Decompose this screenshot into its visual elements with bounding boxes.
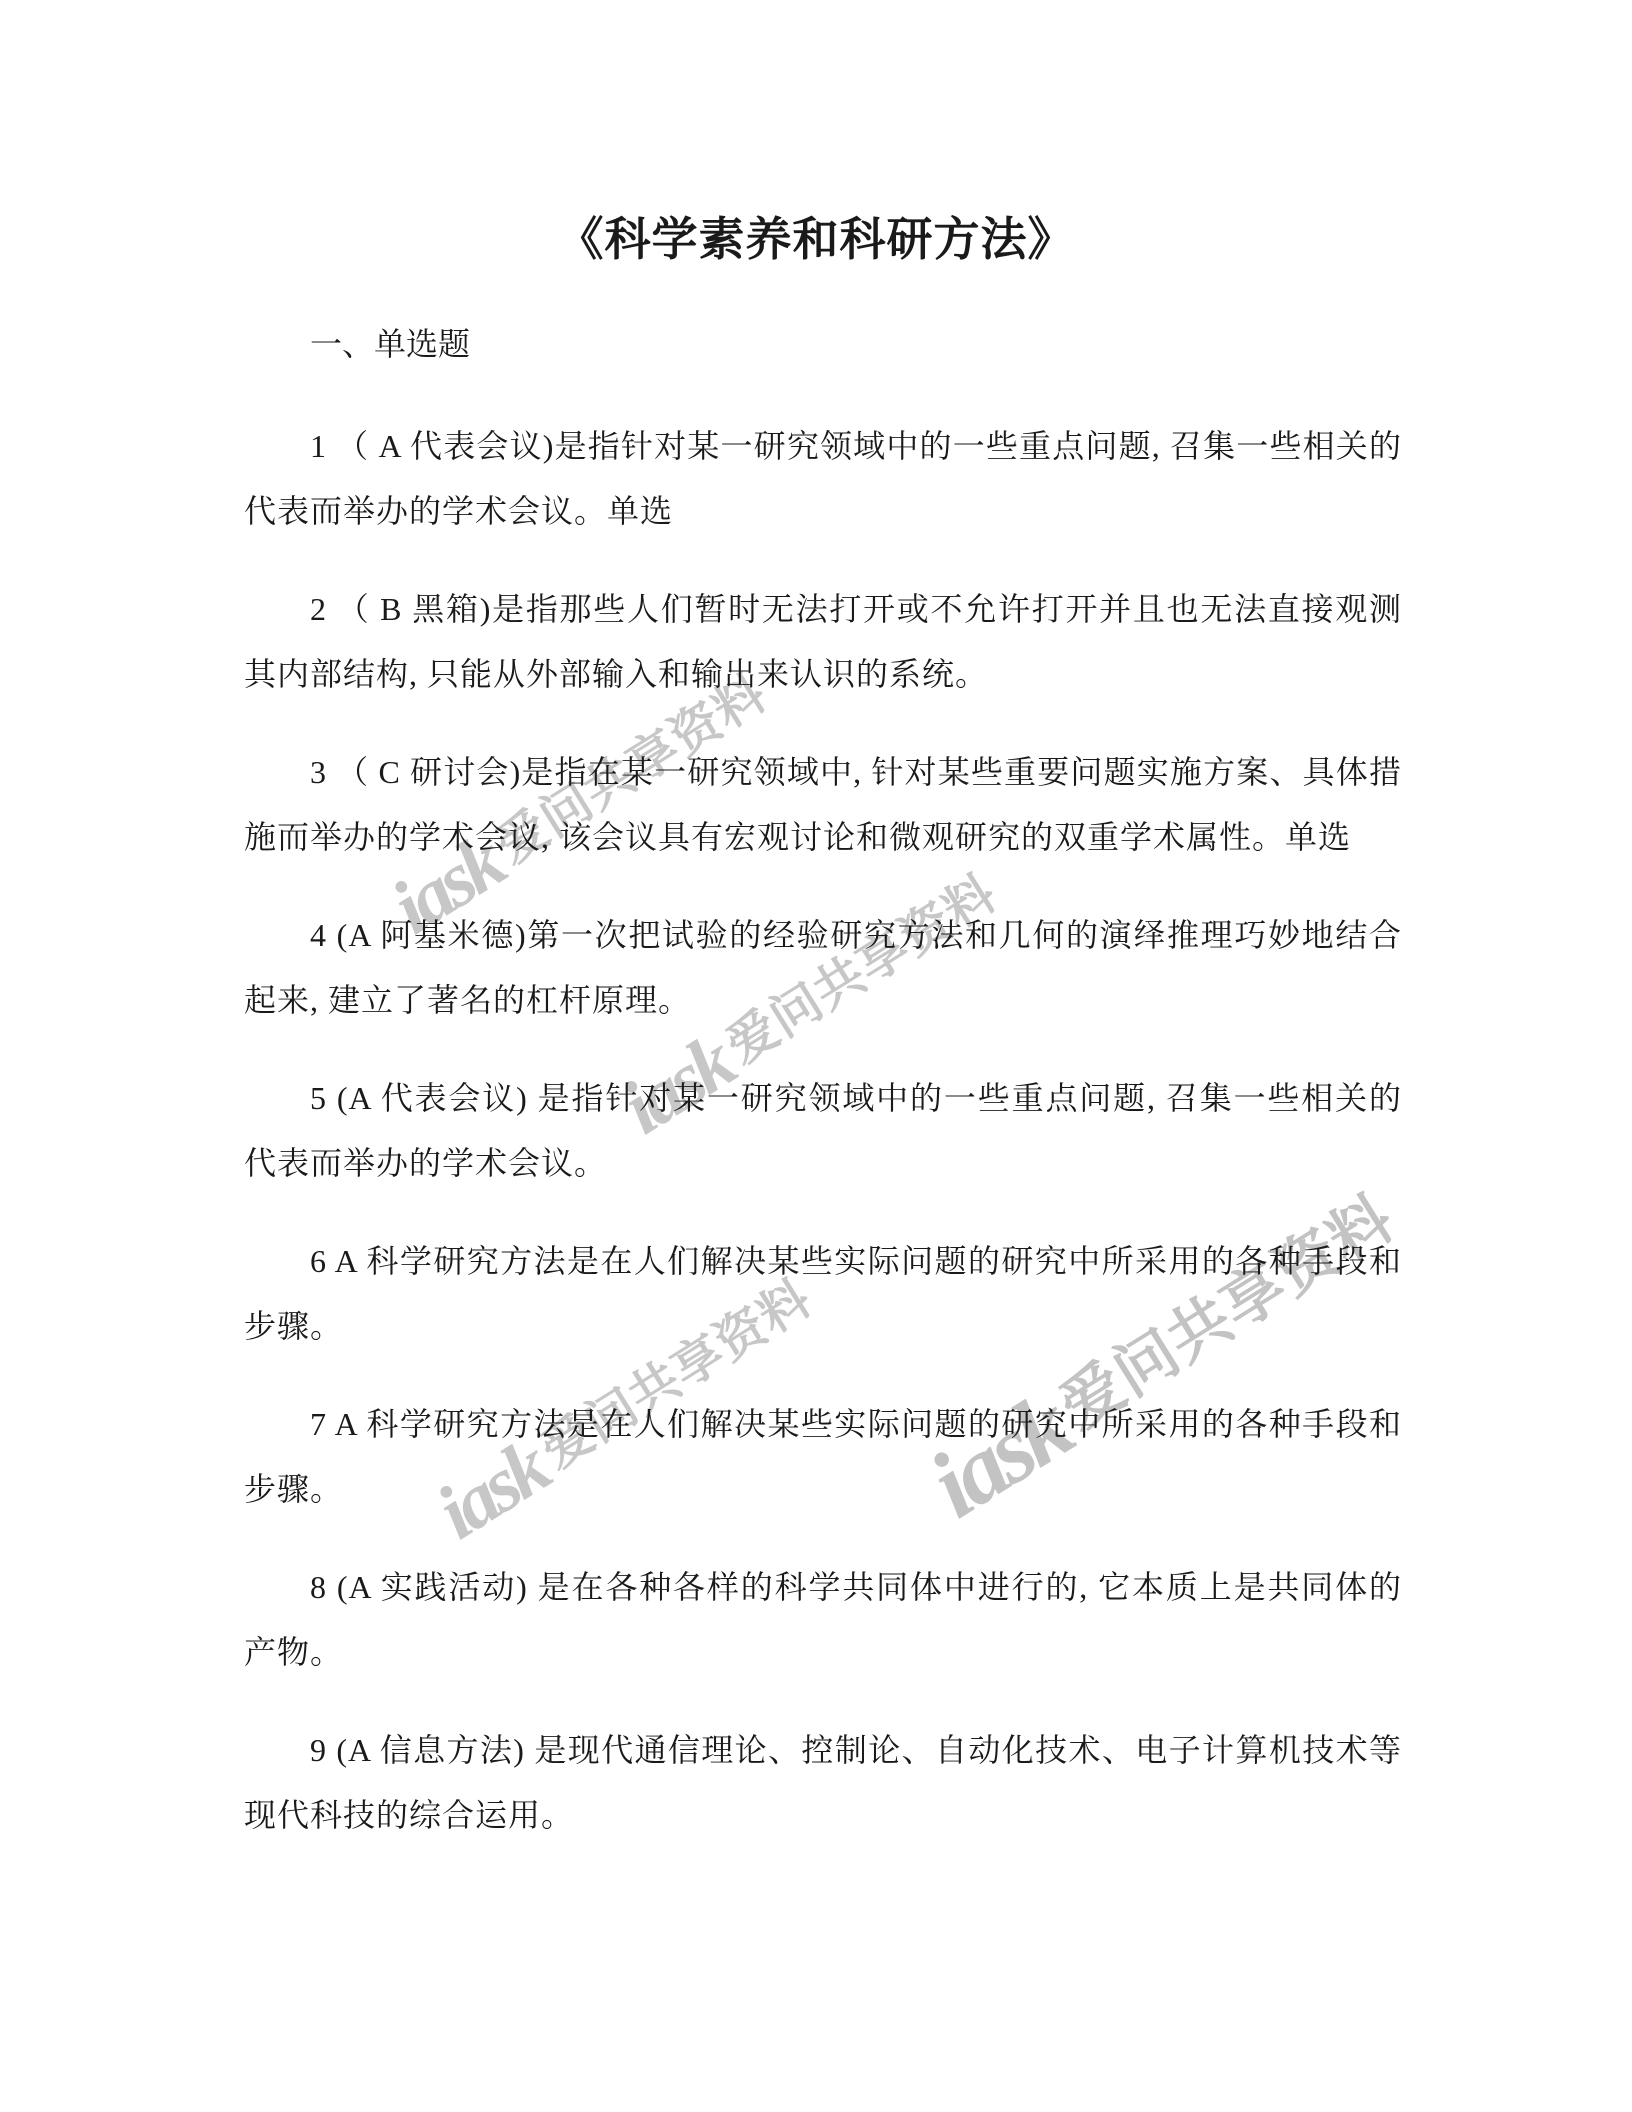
section-heading: 一、单选题 <box>244 312 1402 377</box>
question-6: 6 A 科学研究方法是在人们解决某些实际问题的研究中所采用的各种手段和步骤。 <box>244 1229 1402 1359</box>
question-4: 4 (A 阿基米德)第一次把试验的经验研究方法和几何的演绎推理巧妙地结合起来, … <box>244 903 1402 1033</box>
document-page: iask 爱问共享资料 iask 爱问共享资料 iask 爱问共享资料 iask… <box>0 0 1632 2112</box>
question-7: 7 A 科学研究方法是在人们解决某些实际问题的研究中所采用的各种手段和步骤。 <box>244 1392 1402 1522</box>
question-5: 5 (A 代表会议) 是指针对某一研究领域中的一些重点问题, 召集一些相关的代表… <box>244 1066 1402 1196</box>
page-title: 《科学素养和科研方法》 <box>0 209 1632 271</box>
question-9: 9 (A 信息方法) 是现代通信理论、控制论、自动化技术、电子计算机技术等现代科… <box>244 1718 1402 1848</box>
question-1: 1 （ A 代表会议)是指针对某一研究领域中的一些重点问题, 召集一些相关的代表… <box>244 414 1402 544</box>
question-8: 8 (A 实践活动) 是在各种各样的科学共同体中进行的, 它本质上是共同体的产物… <box>244 1555 1402 1685</box>
question-3: 3 （ C 研讨会)是指在某一研究领域中, 针对某些重要问题实施方案、具体措施而… <box>244 740 1402 870</box>
document-body: 一、单选题 1 （ A 代表会议)是指针对某一研究领域中的一些重点问题, 召集一… <box>244 312 1402 1881</box>
question-2: 2 （ B 黑箱)是指那些人们暂时无法打开或不允许打开并且也无法直接观测其内部结… <box>244 577 1402 707</box>
